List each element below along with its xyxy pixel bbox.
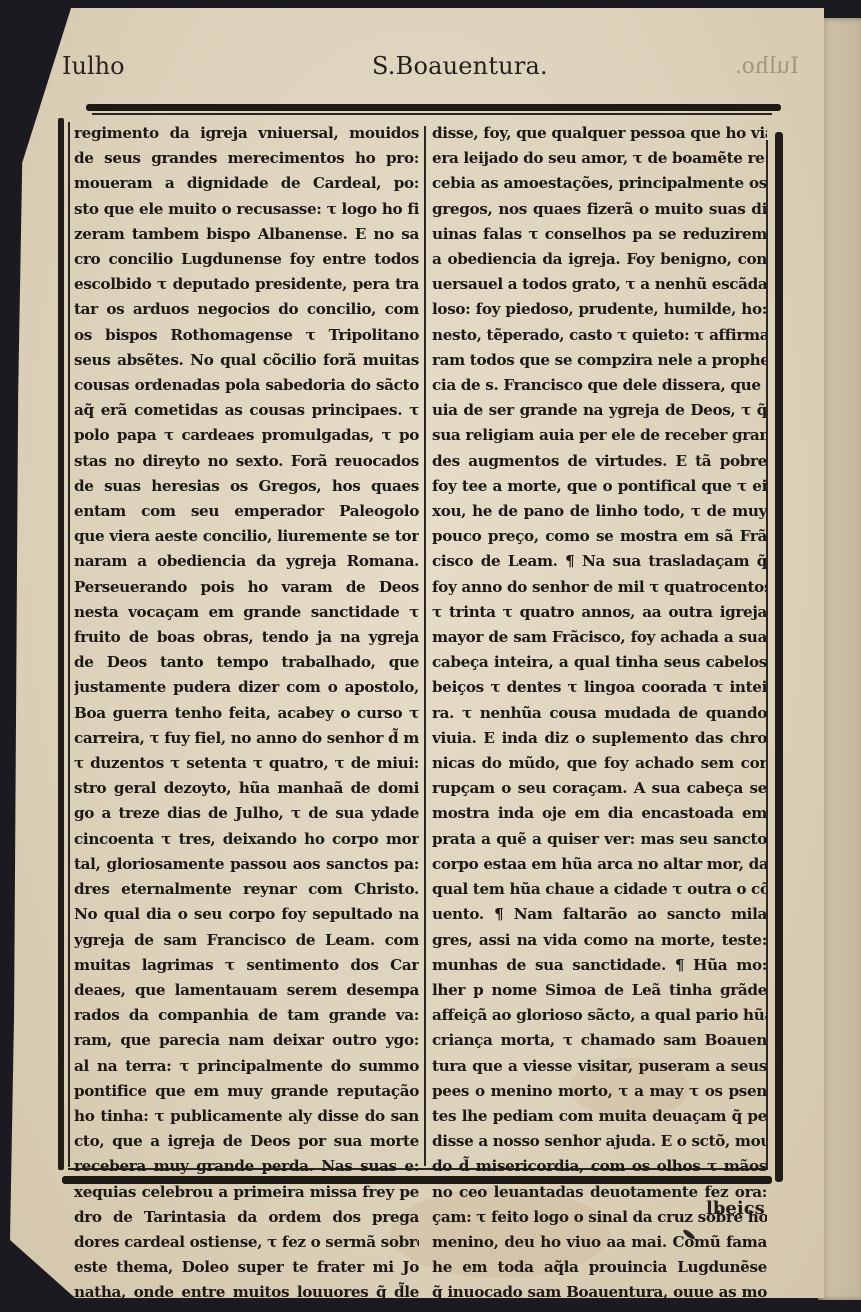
- text-line: Perseuerando pois ho varam de Deos: [74, 575, 419, 600]
- right-border-bar: [775, 132, 783, 1182]
- text-line: disse, foy, que qualquer pessoa que ho v…: [432, 121, 767, 146]
- text-line: Boa guerra tenho feita, acabey o curso τ: [74, 701, 419, 726]
- text-line: cisco de Leam. ¶ Na sua trasladaçam q̃: [432, 549, 767, 574]
- text-line: go a treze dias de Julho, τ de sua ydade: [74, 801, 419, 826]
- text-line: gres, assi na vida como na morte, teste:: [432, 928, 767, 953]
- text-line: qual tem hũa chaue a cidade τ outra o cõ: [432, 877, 767, 902]
- text-line: cto, que a igreja de Deos por sua morte: [74, 1129, 419, 1154]
- text-line: de seus grandes merecimentos ho pro:: [74, 146, 419, 171]
- text-line: menino, deu ho viuo aa mai. Comũ fama: [432, 1230, 767, 1255]
- text-line: ram todos que se compzira nele a prophe: [432, 348, 767, 373]
- text-line: ygreja de sam Francisco de Leam. com: [74, 928, 419, 953]
- text-line: entam com seu emperador Paleogolo: [74, 499, 419, 524]
- text-line: regimento da igreja vniuersal, mouidos: [74, 121, 419, 146]
- text-line: muitas lagrimas τ sentimento dos Car: [74, 953, 419, 978]
- text-line: foy anno do senhor de mil τ quatrocentos: [432, 575, 767, 600]
- text-line: stro geral dezoyto, hũa manhaã de domi: [74, 776, 419, 801]
- text-line: criança morta, τ chamado sam Boauen: [432, 1028, 767, 1053]
- text-line: al na terra: τ principalmente do summo: [74, 1054, 419, 1079]
- left-border-thin: [68, 122, 70, 1167]
- left-border-bar: [58, 118, 64, 1170]
- text-line: foy tee a morte, que o pontifical que τ …: [432, 474, 767, 499]
- text-line: sto que ele muito o recusasse: τ logo ho…: [74, 197, 419, 222]
- text-line: fruito de boas obras, tendo ja na ygreja: [74, 625, 419, 650]
- text-line: he em toda aq̃la prouincia Lugdunẽse: [432, 1255, 767, 1280]
- text-line: sua religiam auia per ele de receber gra…: [432, 423, 767, 448]
- text-line: munhas de sua sanctidade. ¶ Hũa mo:: [432, 953, 767, 978]
- top-rule: [86, 104, 781, 111]
- text-line: a obediencia da igreja. Foy benigno, con: [432, 247, 767, 272]
- text-line: mayor de sam Frãcisco, foy achada a sua: [432, 625, 767, 650]
- text-line: lher p nome Simoa de Leã tinha grãde: [432, 978, 767, 1003]
- text-line: natha, onde entre muitos louuores q̃ d̃l…: [74, 1280, 419, 1305]
- text-line: que viera aeste concilio, liuremente se …: [74, 524, 419, 549]
- text-line: disse a nosso senhor ajuda. E o sctõ, mo…: [432, 1129, 767, 1154]
- text-line: recebera muy grande perda. Nas suas e:: [74, 1154, 419, 1179]
- text-line: No qual dia o seu corpo foy sepultado na: [74, 902, 419, 927]
- text-line: de suas heresias os Gregos, hos quaes: [74, 474, 419, 499]
- text-line: zeram tambem bispo Albanense. E no sa: [74, 222, 419, 247]
- text-line: gregos, nos quaes fizerã o muito suas di: [432, 197, 767, 222]
- text-line: carreira, τ fuy fiel, no anno do senhor …: [74, 726, 419, 751]
- adjacent-page-edge: [818, 18, 861, 1300]
- text-line: cincoenta τ tres, deixando ho corpo mor: [74, 827, 419, 852]
- text-line: deaes, que lamentauam serem desempa: [74, 978, 419, 1003]
- text-line: naram a obediencia da ygreja Romana.: [74, 549, 419, 574]
- text-line: des augmentos de virtudes. E tã pobre: [432, 449, 767, 474]
- text-line: tar os arduos negocios do concilio, com: [74, 297, 419, 322]
- text-line: cia de s. Francisco que dele dissera, qu…: [432, 373, 767, 398]
- text-line: nesto, tẽperado, casto τ quieto: τ affir…: [432, 323, 767, 348]
- text-line: os bispos Rothomagense τ Tripolitano: [74, 323, 419, 348]
- text-line: era leijado do seu amor, τ de boamẽte re…: [432, 146, 767, 171]
- text-line: dro de Tarintasia da ordem dos prega: [74, 1205, 419, 1230]
- text-line: rupçam o seu coraçam. A sua cabeça se: [432, 776, 767, 801]
- running-head: Iulho S.Boauentura. Iulho.: [0, 52, 861, 84]
- signature-mark: lbeics: [706, 1198, 765, 1219]
- text-line: uia de ser grande na ygreja de Deos, τ q…: [432, 398, 767, 423]
- text-line: ram, que parecia nam deixar outro ygo:: [74, 1028, 419, 1053]
- text-line: q̃ inuocado sam Boauentura, ouue as mo: [432, 1280, 767, 1305]
- text-line: cebia as amoestações, principalmente os: [432, 171, 767, 196]
- text-line: tes lhe pediam com muita deuaçam q̃ pe: [432, 1104, 767, 1129]
- text-line: τ trinta τ quatro annos, aa outra igreja: [432, 600, 767, 625]
- text-line: ho tinha: τ publicamente aly disse do sa…: [74, 1104, 419, 1129]
- text-column-left: regimento da igreja vniuersal, mouidosde…: [74, 121, 419, 1306]
- text-line: de Deos tanto tempo trabalhado, que: [74, 650, 419, 675]
- show-through-text: Iulho.: [735, 54, 799, 79]
- text-line: ra. τ nenhũa cousa mudada de quando: [432, 701, 767, 726]
- text-line: tal, gloriosamente passou aos sanctos pa…: [74, 852, 419, 877]
- text-line: loso: foy piedoso, prudente, humilde, ho…: [432, 297, 767, 322]
- text-line: do d̃ misericordia, com os olhos τ mãos: [432, 1154, 767, 1179]
- text-line: uento. ¶ Nam faltarão ao sancto mila: [432, 902, 767, 927]
- text-line: polo papa τ cardeaes promulgadas, τ po: [74, 423, 419, 448]
- text-line: uinas falas τ conselhos pa se reduzirem: [432, 222, 767, 247]
- text-line: uersauel a todos grato, τ a nenhũ escãda: [432, 272, 767, 297]
- text-line: dores cardeal ostiense, τ fez o sermã so…: [74, 1230, 419, 1255]
- text-line: tura que a viesse visitar, puseram a seu…: [432, 1054, 767, 1079]
- text-line: beiços τ dentes τ lingoa coorada τ intei: [432, 675, 767, 700]
- text-line: stas no direyto no sexto. Forã reuocados: [74, 449, 419, 474]
- text-line: nesta vocaçam em grande sanctidade τ: [74, 600, 419, 625]
- text-line: este thema, Doleo super te frater mi Jo: [74, 1255, 419, 1280]
- running-head-month: Iulho: [62, 52, 125, 80]
- text-line: τ duzentos τ setenta τ quatro, τ de miui…: [74, 751, 419, 776]
- text-line: cabeça inteira, a qual tinha seus cabelo…: [432, 650, 767, 675]
- text-line: escolbido τ deputado presidente, pera tr…: [74, 272, 419, 297]
- text-line: viuia. E inda diz o suplemento das chro: [432, 726, 767, 751]
- text-line: corpo estaa em hũa arca no altar mor, da: [432, 852, 767, 877]
- text-line: pees o menino morto, τ a may τ os psen: [432, 1079, 767, 1104]
- text-line: nicas do mũdo, que foy achado sem cor: [432, 751, 767, 776]
- text-line: seus absẽtes. No qual cõcilio forã muita…: [74, 348, 419, 373]
- column-divider: [424, 126, 426, 1166]
- text-line: xequias celebrou a primeira missa frey p…: [74, 1180, 419, 1205]
- text-line: dres eternalmente reynar com Christo.: [74, 877, 419, 902]
- running-head-title: S.Boauentura.: [372, 52, 548, 80]
- text-line: moueram a dignidade de Cardeal, po:: [74, 171, 419, 196]
- top-rule-thin: [92, 113, 772, 115]
- text-line: pouco preço, como se mostra em sã Frã: [432, 524, 767, 549]
- text-line: affeiçã ao glorioso sãcto, a qual pario …: [432, 1003, 767, 1028]
- text-column-right: disse, foy, que qualquer pessoa que ho v…: [432, 121, 767, 1306]
- text-line: justamente pudera dizer com o apostolo,: [74, 675, 419, 700]
- text-line: cro concilio Lugdunense foy entre todos: [74, 247, 419, 272]
- text-line: rados da companhia de tam grande va:: [74, 1003, 419, 1028]
- text-line: prata a quẽ a quiser ver: mas seu sancto: [432, 827, 767, 852]
- text-line: aq̃ erã cometidas as cousas principaes. …: [74, 398, 419, 423]
- text-line: cousas ordenadas pola sabedoria do sãcto: [74, 373, 419, 398]
- text-line: mostra inda oje em dia encastoada em: [432, 801, 767, 826]
- text-line: pontifice que em muy grande reputação: [74, 1079, 419, 1104]
- text-line: xou, he de pano de linho todo, τ de muy: [432, 499, 767, 524]
